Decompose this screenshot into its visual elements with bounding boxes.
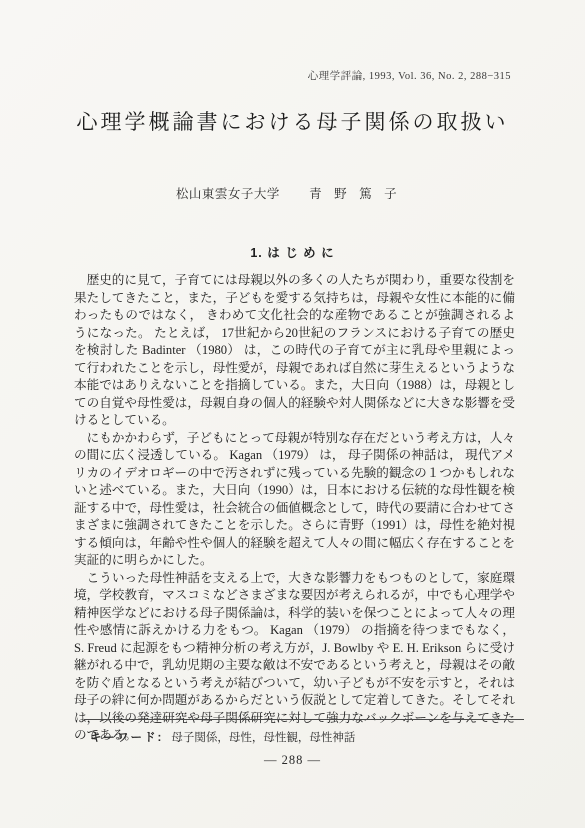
- keywords-list: 母子関係，母性，母性観，母性神話: [171, 732, 355, 744]
- byline: 松山東雲女子大学 青野篤子: [0, 184, 585, 202]
- keywords-divider-rule: [84, 719, 524, 720]
- keywords-line: キーワード:母子関係，母性，母性観，母性神話: [90, 729, 520, 745]
- author-affiliation: 松山東雲女子大学: [176, 187, 280, 201]
- page-number: ― 288 ―: [0, 753, 585, 768]
- body-text: 歴史的に見て，子育てには母親以外の多くの人たちが関わり，重要な役割を果たしてきた…: [74, 272, 515, 745]
- section-heading-introduction: 1. は じ め に: [0, 243, 585, 261]
- paragraph-2: にもかかわらず，子どもにとって母親が特別な存在だという考え方は，人々の間に広く浸…: [74, 430, 515, 570]
- paper-title: 心理学概論書における母子関係の取扱い: [0, 106, 585, 136]
- keywords-label: キーワード:: [90, 732, 163, 744]
- paragraph-1: 歴史的に見て，子育てには母親以外の多くの人たちが関わり，重要な役割を果たしてきた…: [74, 272, 515, 430]
- scanned-paper-page: 心理学評論, 1993, Vol. 36, No. 2, 288−315 心理学…: [0, 0, 585, 828]
- author-name: 青野篤子: [309, 187, 409, 201]
- journal-reference: 心理学評論, 1993, Vol. 36, No. 2, 288−315: [308, 68, 511, 83]
